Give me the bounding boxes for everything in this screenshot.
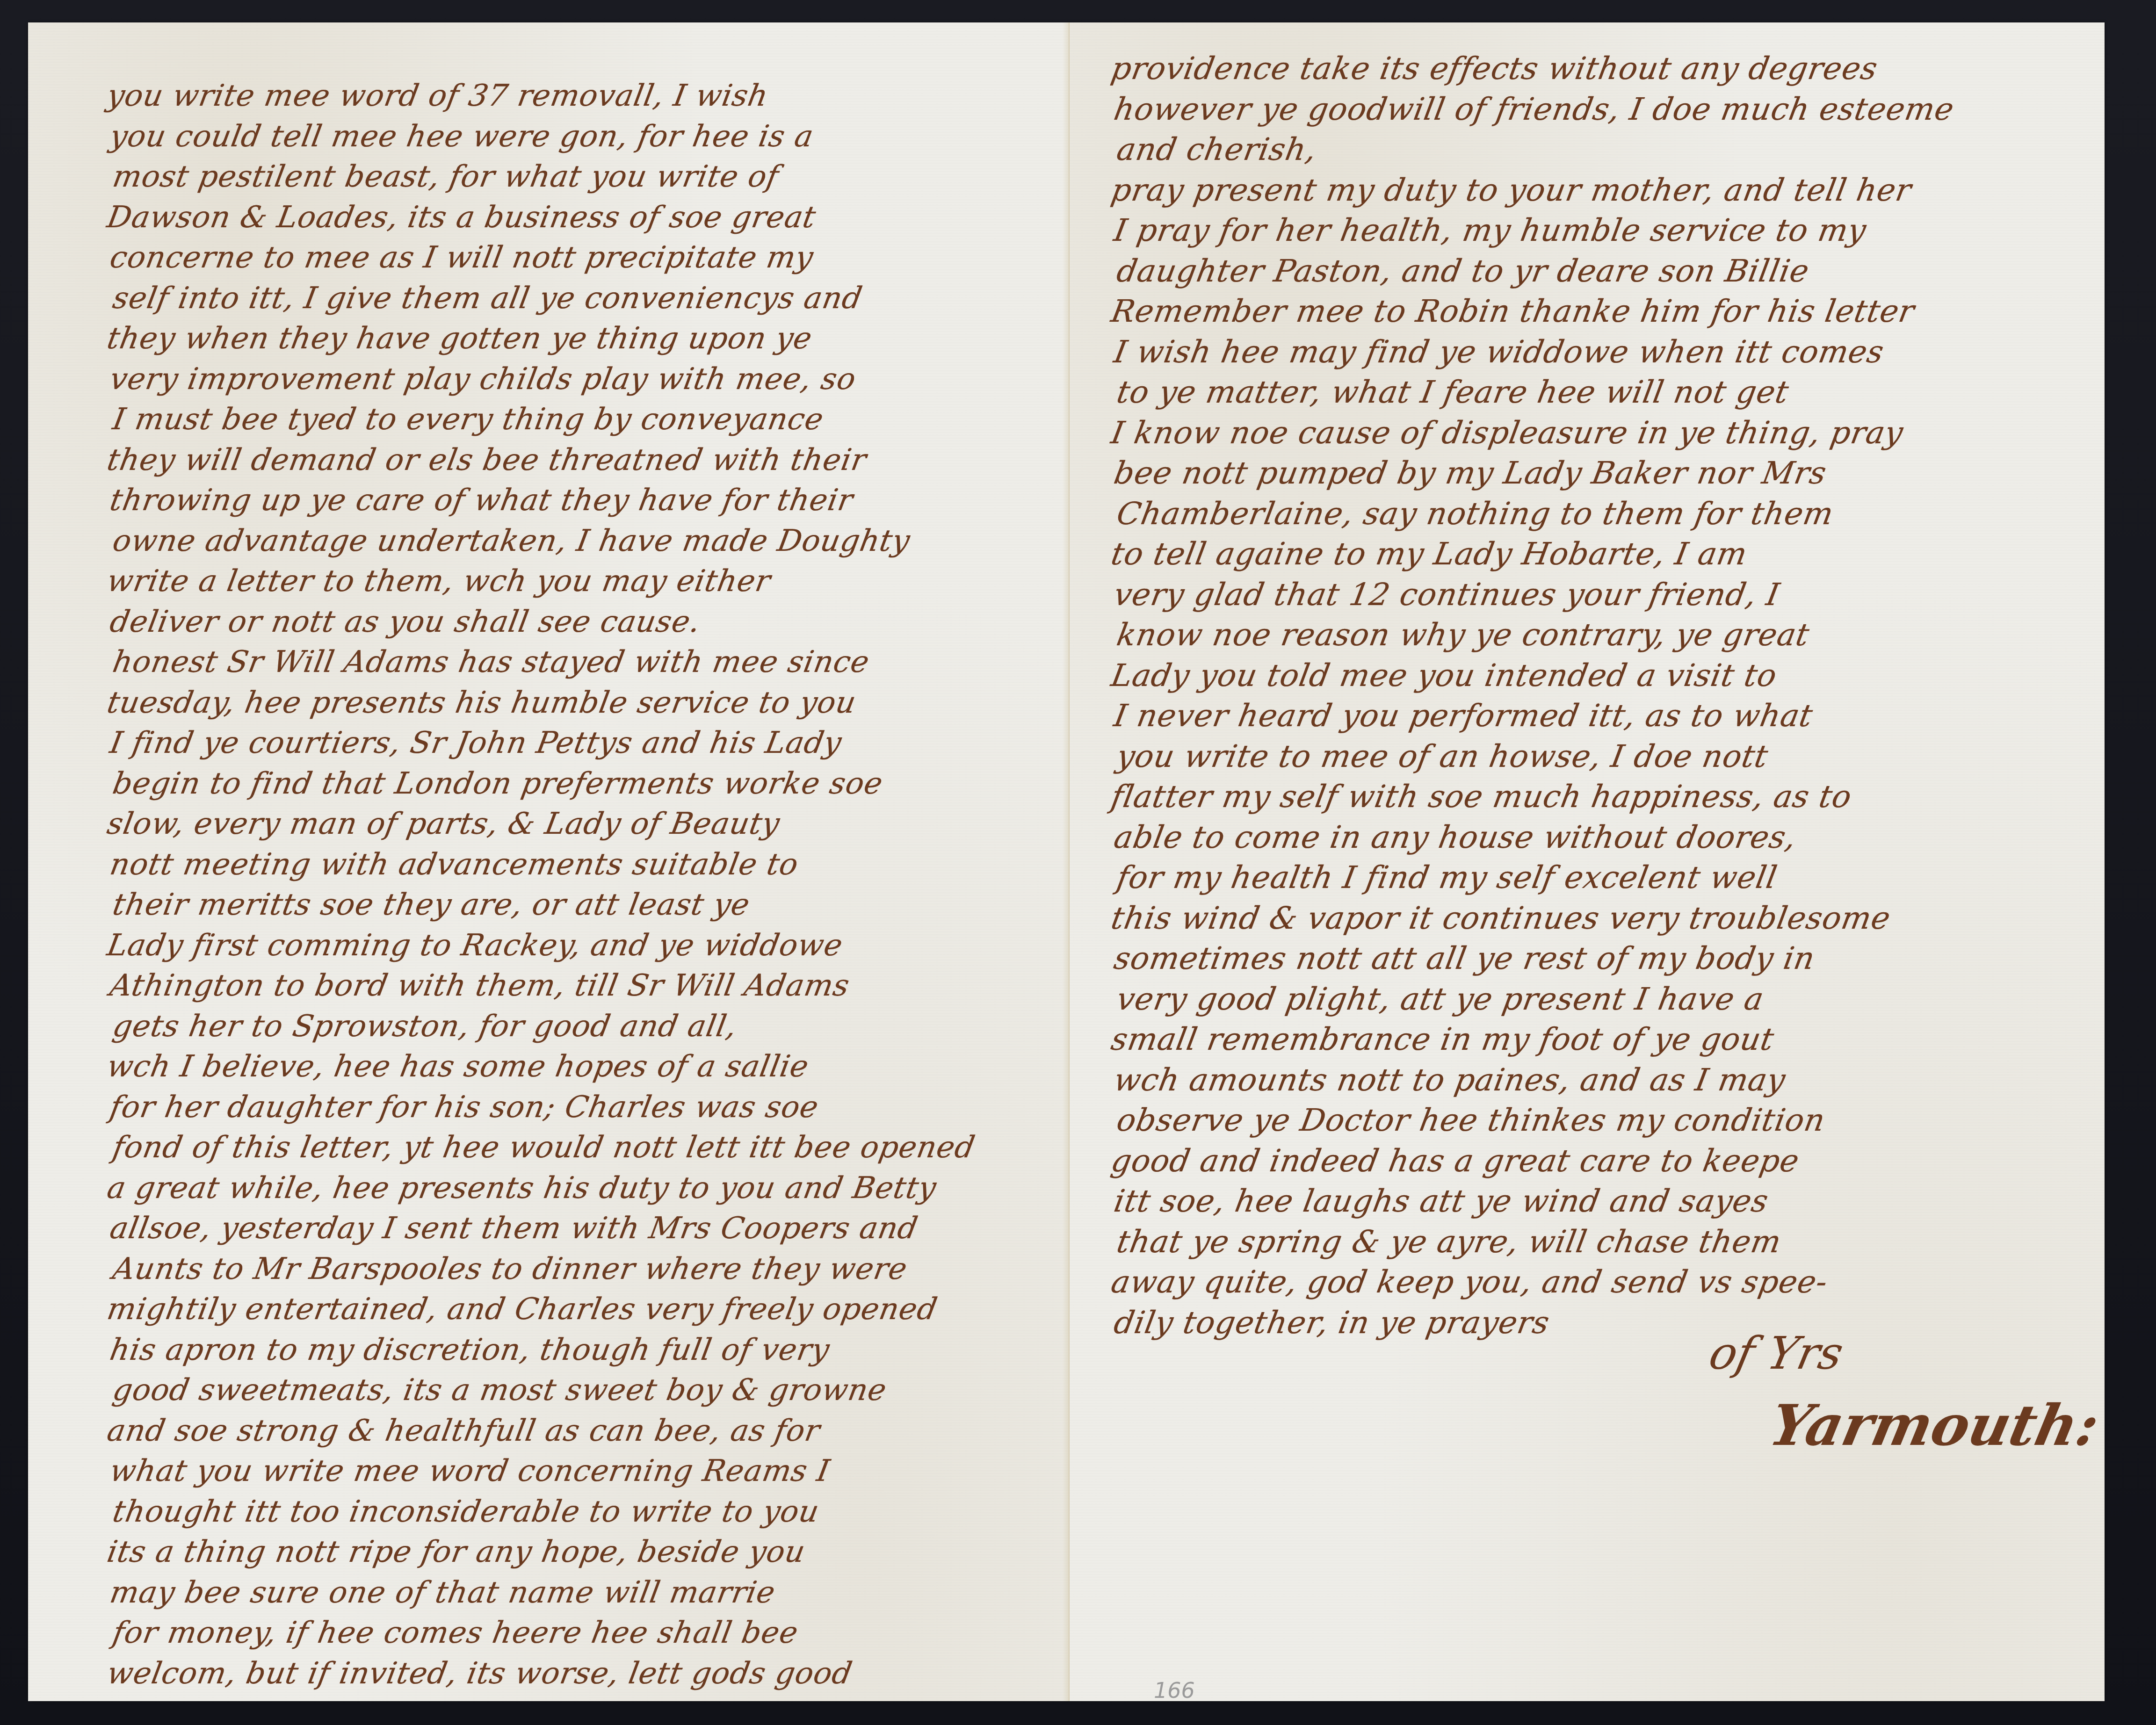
handwritten-line: I never heard you performed itt, as to w… [1111, 698, 1816, 734]
handwritten-line: dily together, in ye prayers [1111, 1305, 1552, 1341]
closing: of Yrs [1705, 1327, 1848, 1379]
handwritten-line: mightily entertained, and Charles very f… [104, 1292, 940, 1327]
handwritten-line: Lady you told mee you intended a visit t… [1108, 657, 1780, 693]
handwritten-line: Chamberlaine, say nothing to them for th… [1114, 496, 1836, 532]
handwritten-line: most pestilent beast, for what you write… [110, 159, 781, 194]
left-page: you write mee word of 37 removall, I wis… [28, 22, 1070, 1701]
handwritten-line: slow, every man of parts, & Lady of Beau… [104, 807, 782, 841]
handwritten-line: and cherish, [1114, 131, 1319, 167]
handwritten-line: very good plight, att ye present I have … [1114, 981, 1766, 1017]
handwritten-line: I wish hee may find ye widdowe when itt … [1111, 334, 1887, 370]
handwritten-line: observe ye Doctor hee thinkes my conditi… [1114, 1102, 1828, 1138]
handwritten-line: providence take its effects without any … [1108, 51, 1881, 87]
handwritten-line: that ye spring & ye ayre, will chase the… [1114, 1224, 1784, 1260]
handwritten-line: I must bee tyed to every thing by convey… [110, 402, 826, 437]
handwritten-line: they when they have gotten ye thing upon… [104, 321, 815, 356]
handwritten-line: however ye goodwill of friends, I doe mu… [1111, 91, 1957, 127]
handwritten-line: honest Sr Will Adams has stayed with mee… [110, 645, 872, 679]
handwritten-line: for her daughter for his son; Charles wa… [107, 1090, 821, 1125]
handwritten-line: to ye matter, what I feare hee will not … [1114, 374, 1792, 410]
signature: Yarmouth: [1764, 1393, 2105, 1458]
handwritten-line: concerne to mee as I will nott precipita… [107, 240, 816, 275]
handwritten-line: wch amounts nott to paines, and as I may [1111, 1062, 1788, 1098]
handwritten-line: good sweetmeats, its a most sweet boy & … [110, 1373, 889, 1407]
handwritten-line: a great while, hee presents his duty to … [104, 1171, 939, 1205]
handwritten-line: away quite, god keep you, and send vs sp… [1108, 1264, 1830, 1300]
handwritten-line: write a letter to them, wch you may eith… [104, 564, 773, 599]
letter-sheet: you write mee word of 37 removall, I wis… [28, 22, 2105, 1701]
handwritten-line: Athington to bord with them, till Sr Wil… [107, 968, 852, 1003]
handwritten-line: owne advantage undertaken, I have made D… [110, 524, 912, 558]
handwritten-line: for money, if hee comes heere hee shall … [110, 1616, 801, 1650]
handwritten-line: his apron to my discretion, though full … [107, 1333, 832, 1367]
handwritten-line: tuesday, hee presents his humble service… [104, 686, 859, 720]
right-page: providence take its effects without any … [1070, 22, 2105, 1701]
handwritten-line: and soe strong & healthfull as can bee, … [104, 1414, 823, 1448]
handwritten-line: bee nott pumped by my Lady Baker nor Mrs [1111, 455, 1829, 491]
handwritten-line: what you write mee word concerning Reams… [107, 1454, 832, 1488]
handwritten-line: I pray for her health, my humble service… [1111, 212, 1869, 248]
handwritten-line: deliver or nott as you shall see cause. [107, 605, 703, 639]
handwritten-line: Aunts to Mr Barspooles to dinner where t… [110, 1252, 910, 1286]
handwritten-line: they will demand or els bee threatned wi… [104, 443, 869, 477]
handwritten-line: self into itt, I give them all ye conven… [110, 281, 865, 316]
handwritten-line: their meritts soe they are, or att least… [110, 888, 752, 922]
handwritten-line: pray present my duty to your mother, and… [1108, 172, 1914, 208]
handwritten-line: flatter my self with soe much happiness,… [1108, 779, 1854, 815]
handwritten-line: very improvement play childs play with m… [107, 362, 859, 397]
handwritten-line: small remembrance in my foot of ye gout [1108, 1021, 1777, 1057]
handwritten-line: to tell againe to my Lady Hobarte, I am [1108, 536, 1750, 572]
handwritten-line: for my health I find my self excelent we… [1114, 859, 1780, 895]
handwritten-line: may bee sure one of that name will marri… [107, 1575, 778, 1610]
handwritten-line: sometimes nott att all ye rest of my bod… [1111, 940, 1818, 976]
handwritten-line: welcom, but if invited, its worse, lett … [104, 1656, 855, 1691]
folio-number: 166 [1154, 1678, 1195, 1703]
handwritten-line: fond of this letter, yt hee would nott l… [110, 1130, 977, 1165]
handwritten-line: gets her to Sprowston, for good and all, [110, 1009, 739, 1044]
handwritten-line: very glad that 12 continues your friend,… [1111, 577, 1782, 613]
handwritten-line: I know noe cause of displeasure in ye th… [1108, 415, 1906, 451]
handwritten-line: Lady first comming to Rackey, and ye wid… [104, 928, 845, 963]
handwritten-line: nott meeting with advancements suitable … [107, 847, 801, 882]
handwritten-line: allsoe, yesterday I sent them with Mrs C… [107, 1211, 920, 1246]
handwritten-line: its a thing nott ripe for any hope, besi… [104, 1535, 808, 1569]
handwritten-line: itt soe, hee laughs att ye wind and saye… [1111, 1183, 1771, 1219]
handwritten-line: wch I believe, hee has some hopes of a s… [104, 1049, 811, 1084]
handwritten-line: you could tell mee hee were gon, for hee… [107, 119, 816, 154]
handwritten-line: know noe reason why ye contrary, ye grea… [1114, 617, 1812, 653]
handwritten-line: good and indeed has a great care to keep… [1108, 1143, 1802, 1179]
handwritten-line: Dawson & Loades, its a business of soe g… [104, 200, 818, 235]
handwritten-line: able to come in any house without doores… [1111, 819, 1799, 855]
handwritten-line: Remember mee to Robin thanke him for his… [1108, 293, 1917, 329]
handwritten-line: you write mee word of 37 removall, I wis… [104, 79, 771, 113]
handwritten-line: throwing up ye care of what they have fo… [107, 483, 855, 518]
handwritten-line: this wind & vapor it continues very trou… [1108, 900, 1893, 936]
handwritten-line: I find ye courtiers, Sr John Pettys and … [107, 726, 844, 760]
handwritten-line: thought itt too inconsiderable to write … [110, 1494, 822, 1529]
handwritten-line: you write to mee of an howse, I doe nott [1114, 738, 1771, 774]
handwritten-line: daughter Paston, and to yr deare son Bil… [1114, 253, 1812, 289]
handwritten-line: begin to find that London preferments wo… [110, 766, 885, 801]
